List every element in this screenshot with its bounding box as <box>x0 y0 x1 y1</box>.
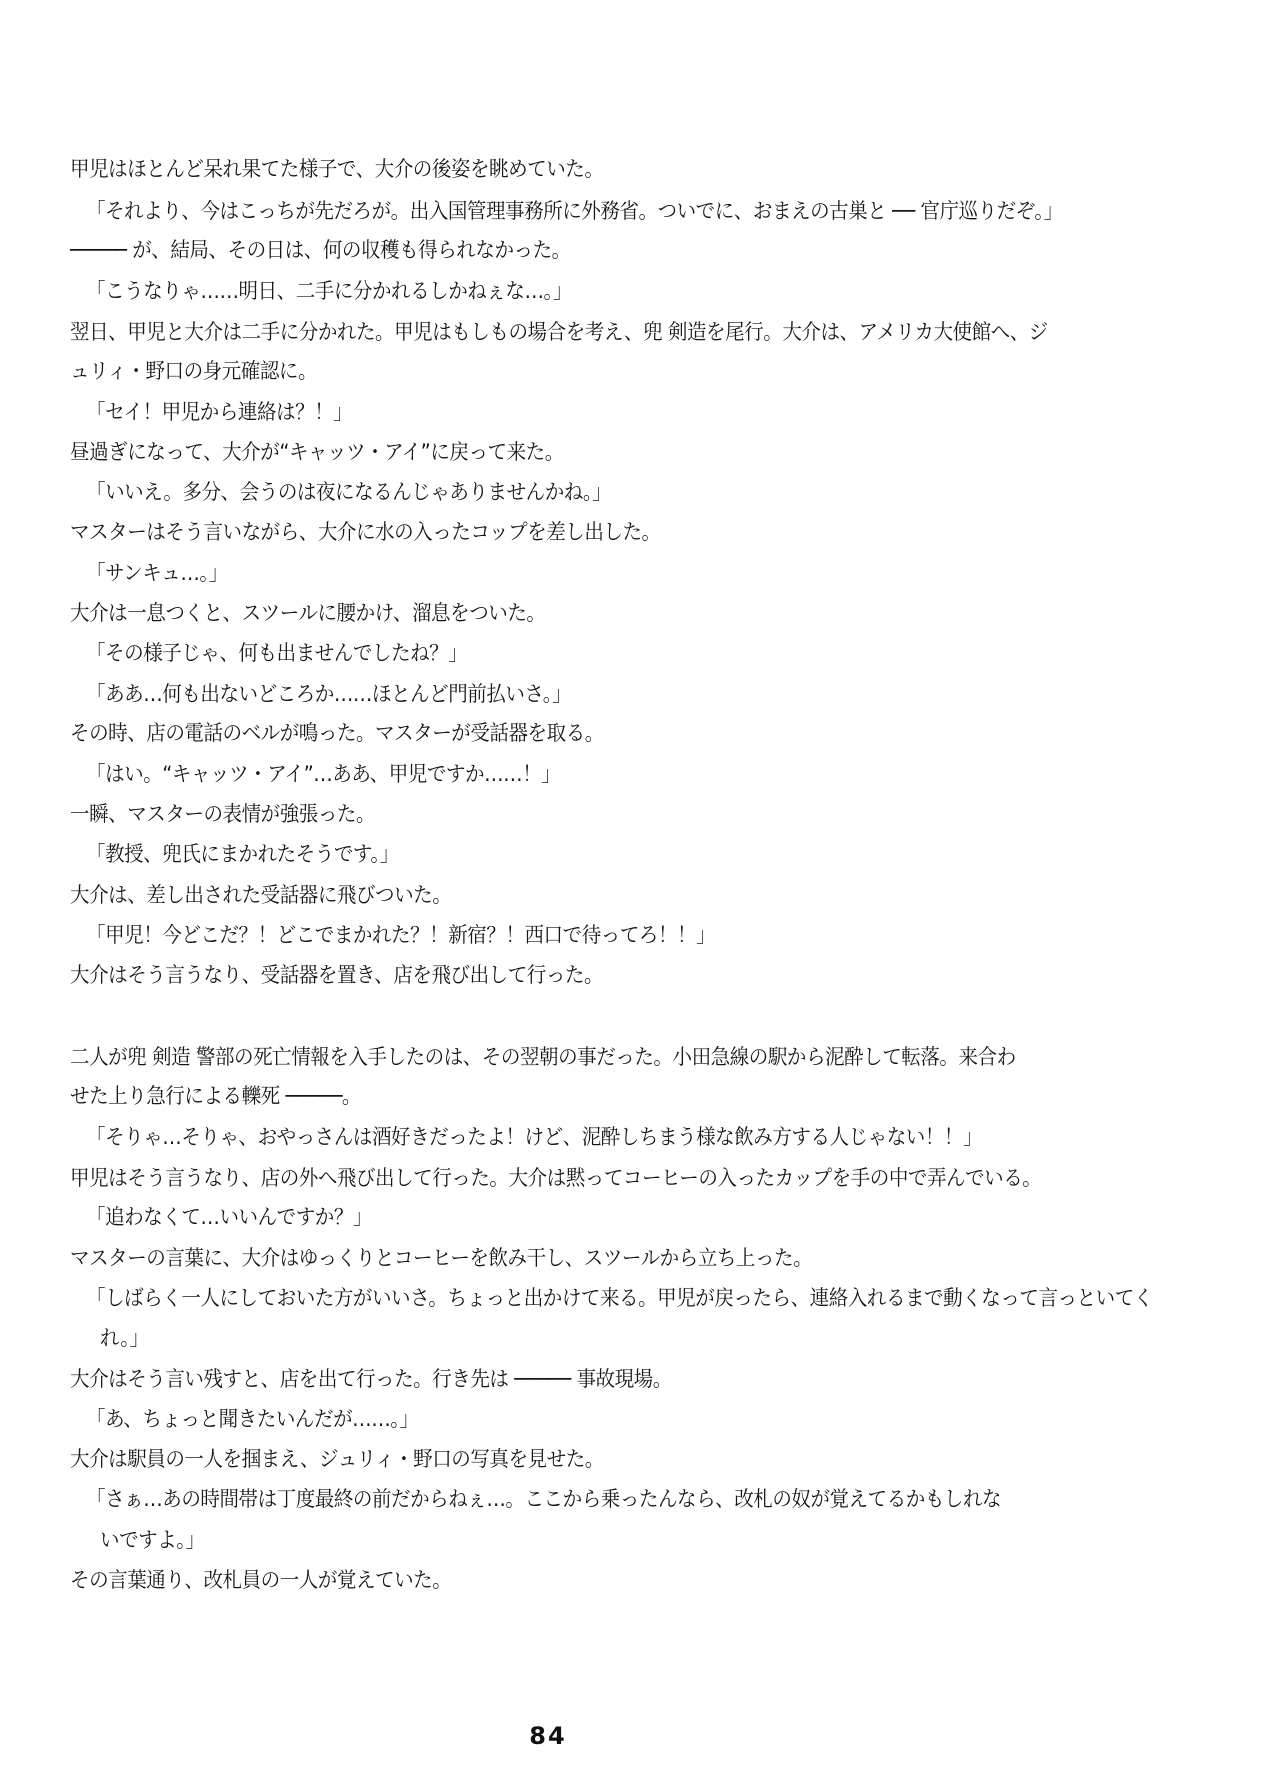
text-line: 「教授、兜氏にまかれたそうです。」 <box>86 839 399 869</box>
text-line: ───── が、結局、その日は、何の収穫も得られなかった。 <box>70 235 571 265</box>
text-line: ュリィ・野口の身元確認に。 <box>70 356 317 386</box>
text-line: 「あ、ちょっと聞きたいんだが……。」 <box>86 1404 419 1434</box>
text-line: 大介は一息つくと、スツールに腰かけ、溜息をついた。 <box>70 598 545 628</box>
text-line: 「はい。“キャッツ・アイ”…ああ、甲児ですか……！」 <box>86 759 560 789</box>
text-line: 「甲児！今どこだ？！どこでまかれた？！新宿？！西口で待ってろ！！」 <box>86 920 715 950</box>
text-line: 二人が兜 剣造 警部の死亡情報を入手したのは、その翌朝の事だった。小田急線の駅か… <box>70 1042 1016 1072</box>
page-number: 84 <box>0 1722 1096 1750</box>
text-line: れ。」 <box>100 1323 149 1353</box>
text-line: 大介は、差し出された受話器に飛びついた。 <box>70 880 451 910</box>
text-line: 大介はそう言うなり、受話器を置き、店を飛び出して行った。 <box>70 960 603 990</box>
text-line: 「いいえ。多分、会うのは夜になるんじゃありませんかね。」 <box>86 477 611 507</box>
text-line: 「その様子じゃ、何も出ませんでしたね？」 <box>86 638 467 668</box>
text-line: 大介はそう言い残すと、店を出て行った。行き先は ───── 事故現場。 <box>70 1364 672 1394</box>
text-line: 大介は駅員の一人を掴まえ、ジュリィ・野口の写真を見せた。 <box>70 1444 604 1474</box>
text-line: 昼過ぎになって、大介が“キャッツ・アイ”に戻って来た。 <box>70 437 564 467</box>
text-line: マスターはそう言いながら、大介に水の入ったコップを差し出した。 <box>70 517 661 547</box>
text-line: その時、店の電話のベルが鳴った。マスターが受話器を取る。 <box>70 718 604 748</box>
text-line: せた上り急行による轢死 ─────。 <box>70 1081 361 1111</box>
text-line: 「セイ！甲児から連絡は？！」 <box>86 397 352 427</box>
text-line: 「ああ…何も出ないどころか……ほとんど門前払いさ。」 <box>86 679 571 709</box>
text-line: 「さぁ…あの時間帯は丁度最終の前だからねぇ…。ここから乗ったんなら、改札の奴が覚… <box>86 1484 1001 1514</box>
text-line: 一瞬、マスターの表情が強張った。 <box>70 799 375 829</box>
text-line: 甲児はほとんど呆れ果てた様子で、大介の後姿を眺めていた。 <box>70 154 603 184</box>
text-line: マスターの言葉に、大介はゆっくりとコーヒーを飲み干し、スツールから立ち上った。 <box>70 1243 812 1273</box>
text-line: 「それより、今はこっちが先だろが。出入国管理事務所に外務省。ついでに、おまえの古… <box>86 196 1063 226</box>
text-line: 「しばらく一人にしておいた方がいいさ。ちょっと出かけて来る。甲児が戻ったら、連絡… <box>86 1283 1153 1313</box>
text-line: 「そりゃ…そりゃ、おやっさんは酒好きだったよ！けど、泥酔しちまう様な飲み方する人… <box>86 1122 982 1152</box>
text-line: その言葉通り、改札員の一人が覚えていた。 <box>70 1565 451 1595</box>
text-line: 翌日、甲児と大介は二手に分かれた。甲児はもしもの場合を考え、兜 剣造を尾行。大介… <box>70 317 1048 347</box>
text-line: 「サンキュ…。」 <box>86 558 228 588</box>
text-line: 甲児はそう言うなり、店の外へ飛び出して行った。大介は黙ってコーヒーの入ったカップ… <box>70 1163 1041 1193</box>
document-page: 甲児はほとんど呆れ果てた様子で、大介の後姿を眺めていた。 「それより、今はこっち… <box>0 0 1280 1786</box>
text-line: いですよ。」 <box>100 1525 205 1555</box>
text-line: 「こうなりゃ……明日、二手に分かれるしかねぇな…。」 <box>86 276 572 306</box>
text-line: 「追わなくて…いいんですか？」 <box>86 1202 372 1232</box>
